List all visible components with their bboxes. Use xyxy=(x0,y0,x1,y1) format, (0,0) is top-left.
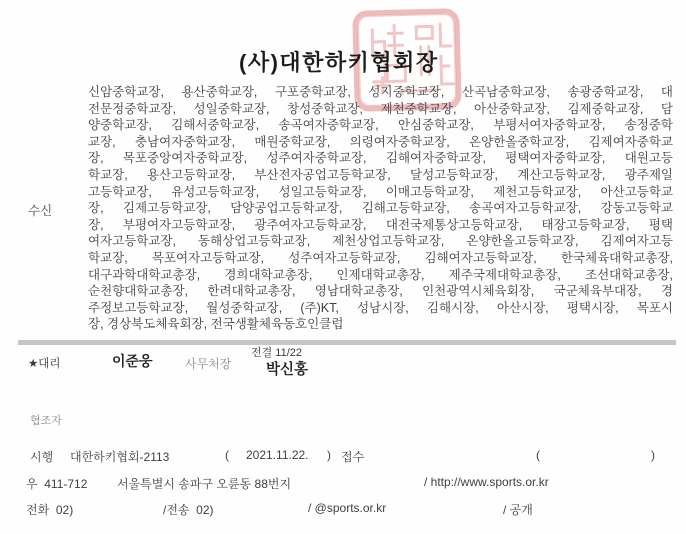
recipient-line: 고등학교장, 유성고등학교장, 성일고등학교장, 이매고등학교장, 제천고등학교… xyxy=(88,184,673,201)
recipient-line: 전문정중학교장, 성일중학교장, 창성중학교장, 제천중학교장, 아산중학교장,… xyxy=(88,101,673,118)
deputy-name: 이준웅 xyxy=(112,351,153,371)
cooperator-label: 협조자 xyxy=(30,412,62,428)
recipient-line: 장, 부평여자고등학교장, 광주여자고등학교장, 대전국제통상고등학교장, 태장… xyxy=(88,217,673,234)
postal-code: 우 411-712 xyxy=(26,475,87,492)
recipient-line: 학교장, 용산고등학교장, 부산전자공업고등학교장, 달성고등학교장, 계산고등… xyxy=(88,167,673,184)
issuance-close-paren: ) xyxy=(327,448,331,462)
recipient-line: 장, 목포중앙여자중학교장, 성주여자중학교장, 김해여자중학교장, 평택여자중… xyxy=(88,150,673,167)
section-divider-bar xyxy=(18,340,676,345)
receipt-label: 접수 xyxy=(341,448,364,465)
fax-label: /전송 02) xyxy=(163,501,214,518)
website-url: / http://www.sports.or.kr xyxy=(424,475,549,489)
recipient-line: 대구과학대학교총장, 경희대학교총장, 인제대학교총장, 제주국제대학교총장, … xyxy=(88,267,673,284)
recipient-list: 신암중학교장, 용산중학교장, 구포중학교장, 성지중학교장, 산곡남중학교장,… xyxy=(88,84,673,333)
issuance-label: 시행 xyxy=(30,448,53,465)
recipient-line: 주정보고등학교장, 월성중학교장, (주)KT, 성남시장, 김해시장, 아산시… xyxy=(88,300,673,317)
issuance-date: 2021.11.22. xyxy=(246,448,309,462)
recipient-line: 양중학교장, 김해서중학교장, 송곡여자중학교장, 안심중학교장, 부평서여자중… xyxy=(88,117,673,134)
document-page: (사)대한하키협회장 수신 신암중학교장, 용산중학교장, 구포중학교장, 성지… xyxy=(0,0,686,534)
document-title: (사)대한하키협회장 xyxy=(239,46,439,77)
phone-label: 전화 02) xyxy=(26,501,73,518)
recipient-line: 순천향대학교총장, 한려대학교총장, 영남대학교총장, 인천광역시체육회장, 국… xyxy=(88,283,673,300)
recipient-line: 여자고등학교장, 동해상업고등학교장, 제천상업고등학교장, 온양한올고등학교장… xyxy=(88,233,673,250)
recipient-line: 장, 경상북도체육회장, 전국생활체육동호인클럽 xyxy=(88,316,673,333)
recipient-label: 수신 xyxy=(28,201,52,219)
issuance-open-paren: ( xyxy=(225,448,229,462)
secretary-general-title: 사무처장 xyxy=(185,355,231,372)
document-number: 대한하키협회-2113 xyxy=(70,448,169,465)
recipient-line: 장, 김제고등학교장, 담양공업고등학교장, 김해고등학교장, 송곡여자고등학교… xyxy=(88,200,673,217)
deputy-marker: ★대리 xyxy=(28,355,61,371)
disclosure-label: / 공개 xyxy=(503,501,533,518)
receipt-open-paren: ( xyxy=(536,448,540,462)
recipient-line: 교장, 충남여자중학교장, 매원중학교장, 의령여자중학교장, 온양한올중학교장… xyxy=(88,134,673,151)
secretary-general-name: 박신홍 xyxy=(266,358,308,379)
recipient-line: 학교장, 목포여자고등학교장, 성주여자고등학교장, 김해여자고등학교장, 한국… xyxy=(88,250,673,267)
recipient-line: 신암중학교장, 용산중학교장, 구포중학교장, 성지중학교장, 산곡남중학교장,… xyxy=(88,84,673,101)
street-address: 서울특별시 송파구 오륜동 88번지 xyxy=(117,475,291,492)
receipt-close-paren: ) xyxy=(651,448,655,462)
email-address: / @sports.or.kr xyxy=(308,501,386,515)
